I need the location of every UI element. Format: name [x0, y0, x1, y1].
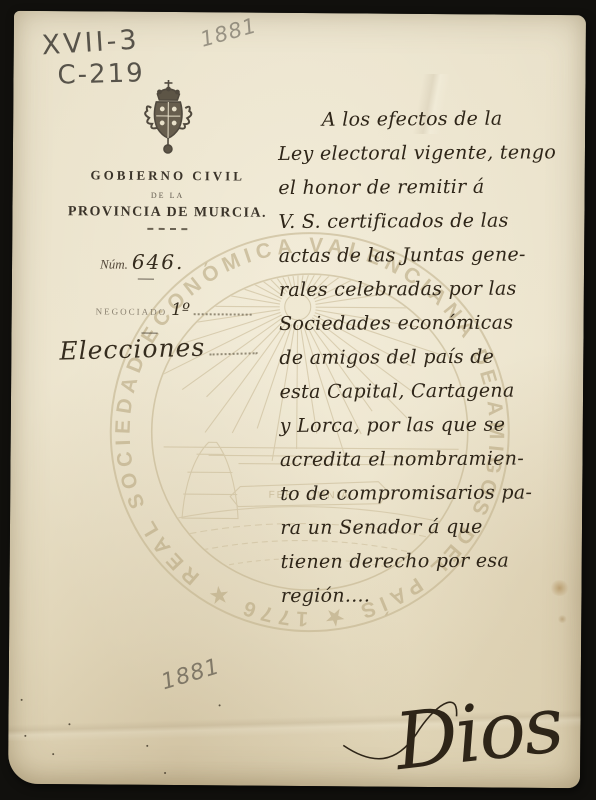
- royal-coat-of-arms-icon: [139, 78, 198, 158]
- body-line: región....: [281, 577, 589, 613]
- body-line: V. S. certificados de las: [278, 203, 586, 239]
- paper-speck: [146, 745, 148, 747]
- body-line: Sociedades económicas: [279, 305, 587, 341]
- org-name-line1: GOBIERNO CIVIL: [53, 167, 283, 185]
- document-scan: 1776 ★ REAL SOCIEDAD ECONÓMICA VALENCIAN…: [0, 0, 596, 800]
- separator-dash: —: [138, 270, 154, 288]
- letterhead: GOBIERNO CIVIL DE LA PROVINCIA DE MURCIA…: [52, 77, 283, 231]
- closing-word: Dios: [389, 680, 567, 789]
- year-annotation-bottom: 1881: [159, 654, 224, 695]
- paper-speck: [164, 772, 166, 774]
- archival-code-line1: XVII-3: [41, 24, 141, 61]
- dotted-leader: [209, 342, 257, 355]
- body-line: actas de las Juntas gene-: [279, 237, 587, 273]
- letter-body: A los efectos de la Ley electoral vigent…: [278, 101, 589, 613]
- body-line: A los efectos de la: [278, 101, 586, 137]
- paper-speck: [24, 735, 26, 737]
- negociado-field: NEGOCIADO 1º: [96, 299, 252, 320]
- body-line: y Lorca, por las que se: [280, 407, 588, 443]
- body-line: Ley electoral vigente, tengo: [278, 135, 586, 171]
- paper-speck: [68, 723, 70, 725]
- org-name-line2: DE LA: [53, 190, 283, 201]
- paper-sheet: 1776 ★ REAL SOCIEDAD ECONÓMICA VALENCIAN…: [8, 11, 586, 788]
- negociado-value: 1º: [171, 300, 190, 320]
- paper-speck: [52, 753, 54, 755]
- sun-ray: [194, 231, 283, 296]
- body-line: to de compromisarios pa-: [280, 475, 588, 511]
- paper-stain: [557, 615, 567, 623]
- beehive-tower-icon: [182, 442, 239, 518]
- closing-flourish: Dios: [338, 653, 589, 800]
- letterhead-rule: [147, 228, 187, 230]
- paper-speck: [21, 699, 23, 701]
- org-name-line3: PROVINCIA DE MURCIA.: [52, 204, 282, 222]
- year-annotation-top: 1881: [198, 13, 260, 52]
- body-line: acredita el nombramien-: [280, 441, 588, 477]
- subject-field: Elecciones: [59, 331, 258, 365]
- body-line: tienen derecho por esa: [280, 543, 588, 579]
- paper-speck: [219, 704, 221, 706]
- dotted-leader: [194, 303, 252, 315]
- body-line: de amigos del país de: [279, 339, 587, 375]
- body-line: el honor de remitir á: [278, 169, 586, 205]
- subject-value: Elecciones: [59, 333, 206, 366]
- body-line: esta Capital, Cartagena: [279, 373, 587, 409]
- number-label: Núm.: [100, 256, 128, 271]
- body-line: ra un Senador á que: [280, 509, 588, 545]
- body-line: rales celebradas por las: [279, 271, 587, 307]
- negociado-label: NEGOCIADO: [96, 306, 168, 317]
